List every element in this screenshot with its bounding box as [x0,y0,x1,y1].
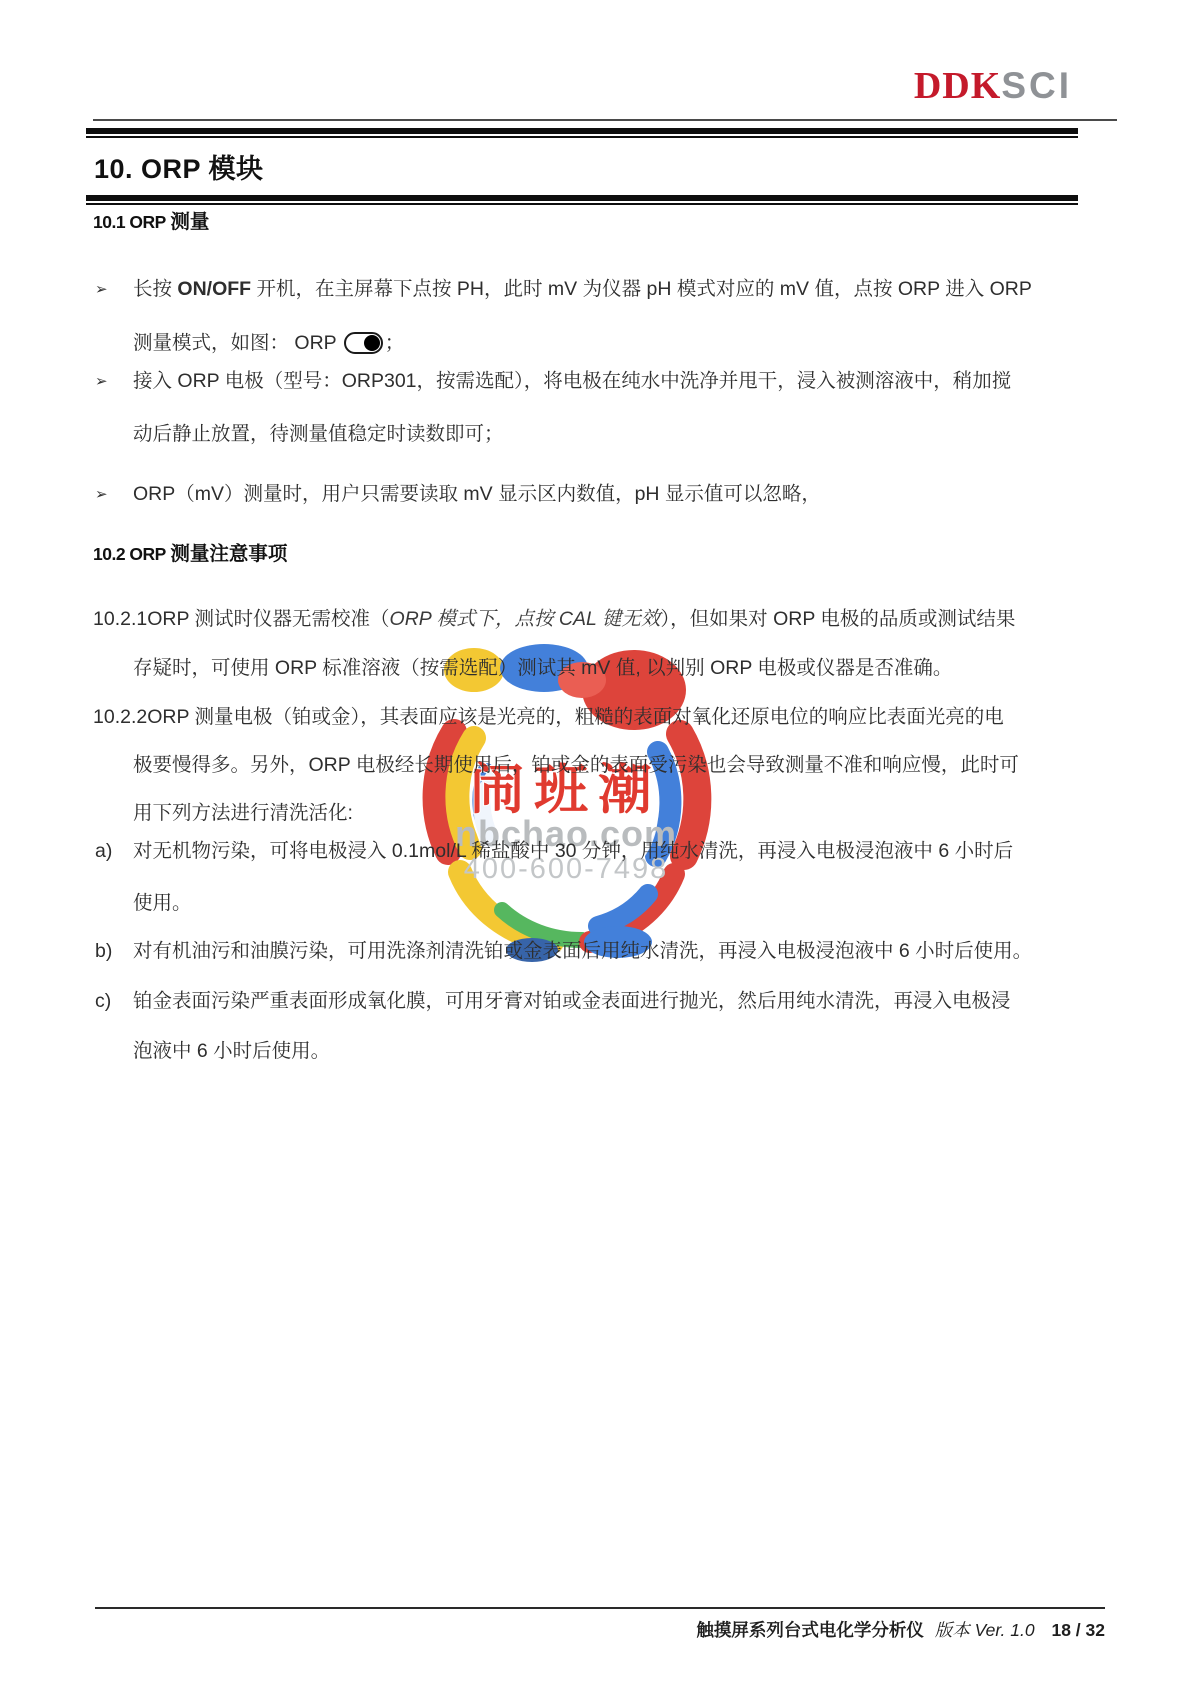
para-10-2-2-text-3: 用下列方法进行清洗活化: [133,802,353,824]
bullet-1-line-2: 测量模式，如图： ORP ； [133,330,404,356]
bullet-2-line-2: 动后静止放置，待测量值稳定时读数即可； [133,421,504,447]
heading-10-2-number: 10.2 ORP [93,544,166,564]
heading-10-1: 10.1 ORP 测量 [93,206,209,234]
para-10-2-2-text-2: 极要慢得多。另外，ORP 电极经长期使用后，铂或金的表面受污染也会导致测量不准和… [133,754,1019,776]
bullet-1-line2-suffix: ； [385,332,405,354]
para-10-2-2-line-2: 极要慢得多。另外，ORP 电极经长期使用后，铂或金的表面受污染也会导致测量不准和… [133,752,1019,778]
heading-10-1-number: 10.1 ORP [93,212,166,232]
list-item-a-continuation: 使用。 [133,892,192,914]
list-marker-b: b) [95,938,112,964]
manual-page: 闹班潮 nbchao.com 400-600-7498 DDKSCI 10. O… [0,0,1200,1697]
heading-10-2: 10.2 ORP 测量注意事项 [93,538,287,566]
list-item-c-continuation: 泡液中 6 小时后使用。 [133,1040,330,1062]
bullet-2-text: 接入 ORP 电极（型号：ORP301，按需选配），将电极在纯水中洗净并甩干，浸… [133,370,1011,392]
list-item-c-line-1: c) 铂金表面污染严重表面形成氧化膜，可用牙膏对铂或金表面进行抛光，然后用纯水清… [133,988,1011,1014]
bullet-1-pre: 长按 [133,278,177,300]
bullet-arrow-icon: ➢ [95,369,108,395]
bullet-2-continuation: 动后静止放置，待测量值稳定时读数即可； [133,423,504,445]
bullet-2-line-1: ➢ 接入 ORP 电极（型号：ORP301，按需选配），将电极在纯水中洗净并甩干… [133,368,1011,394]
bullet-1-line-1: ➢ 长按 ON/OFF 开机，在主屏幕下点按 PH，此时 mV 为仪器 pH 模… [133,276,1032,302]
para-10-2-1-line-1: 10.2.1ORP 测试时仪器无需校准（ORP 模式下，点按 CAL 键无效），… [93,606,1015,632]
orp-toggle-icon [344,332,383,354]
list-item-a-line-1: a) 对无机物污染，可将电极浸入 0.1mol/L 稀盐酸中 30 分钟，用纯水… [133,838,1013,864]
para-10-2-1-pre: 10.2.1ORP 测试时仪器无需校准（ [93,608,390,630]
bullet-3-line-1: ➢ ORP（mV）测量时，用户只需要读取 mV 显示区内数值，pH 显示值可以忽… [133,481,821,507]
para-10-2-1-line-2: 存疑时，可使用 ORP 标准溶液（按需选配）测试其 mV 值, 以判别 ORP … [133,655,952,681]
list-item-a-text: 对无机物污染，可将电极浸入 0.1mol/L 稀盐酸中 30 分钟，用纯水清洗，… [133,840,1013,862]
body-content: 10.1 ORP 测量 ➢ 长按 ON/OFF 开机，在主屏幕下点按 PH，此时… [0,0,1200,1697]
para-10-2-2-line-3: 用下列方法进行清洗活化: [133,800,353,826]
toggle-knob [364,335,380,351]
para-10-2-1-italic: ORP 模式下，点按 CAL 键无效 [390,608,661,630]
heading-10-1-text: 测量 [170,211,209,233]
list-item-a-line-2: 使用。 [133,890,192,916]
bullet-1-post: 开机，在主屏幕下点按 PH，此时 mV 为仪器 pH 模式对应的 mV 值，点按… [251,278,1032,300]
para-10-2-2-line-1: 10.2.2ORP 测量电极（铂或金），其表面应该是光亮的，粗糙的表面对氧化还原… [93,704,1004,730]
heading-10-2-text: 测量注意事项 [170,543,287,565]
list-marker-a: a) [95,838,112,864]
para-10-2-2-text-1: 10.2.2ORP 测量电极（铂或金），其表面应该是光亮的，粗糙的表面对氧化还原… [93,706,1004,728]
list-item-b-line-1: b) 对有机油污和油膜污染，可用洗涤剂清洗铂或金表面后用纯水清洗，再浸入电极浸泡… [133,938,1032,964]
list-item-c-text: 铂金表面污染严重表面形成氧化膜，可用牙膏对铂或金表面进行抛光，然后用纯水清洗，再… [133,990,1011,1012]
bullet-1-line2-text: 测量模式，如图： ORP [133,332,342,354]
list-marker-c: c) [95,988,111,1014]
bullet-arrow-icon: ➢ [95,277,108,303]
para-10-2-1-post: ），但如果对 ORP 电极的品质或测试结果 [660,608,1015,630]
bullet-arrow-icon: ➢ [95,482,108,508]
on-off-label: ON/OFF [177,278,251,300]
para-10-2-1-continuation: 存疑时，可使用 ORP 标准溶液（按需选配）测试其 mV 值, 以判别 ORP … [133,657,952,679]
list-item-c-line-2: 泡液中 6 小时后使用。 [133,1038,330,1064]
list-item-b-text: 对有机油污和油膜污染，可用洗涤剂清洗铂或金表面后用纯水清洗，再浸入电极浸泡液中 … [133,940,1032,962]
bullet-3-text: ORP（mV）测量时，用户只需要读取 mV 显示区内数值，pH 显示值可以忽略， [133,483,821,505]
